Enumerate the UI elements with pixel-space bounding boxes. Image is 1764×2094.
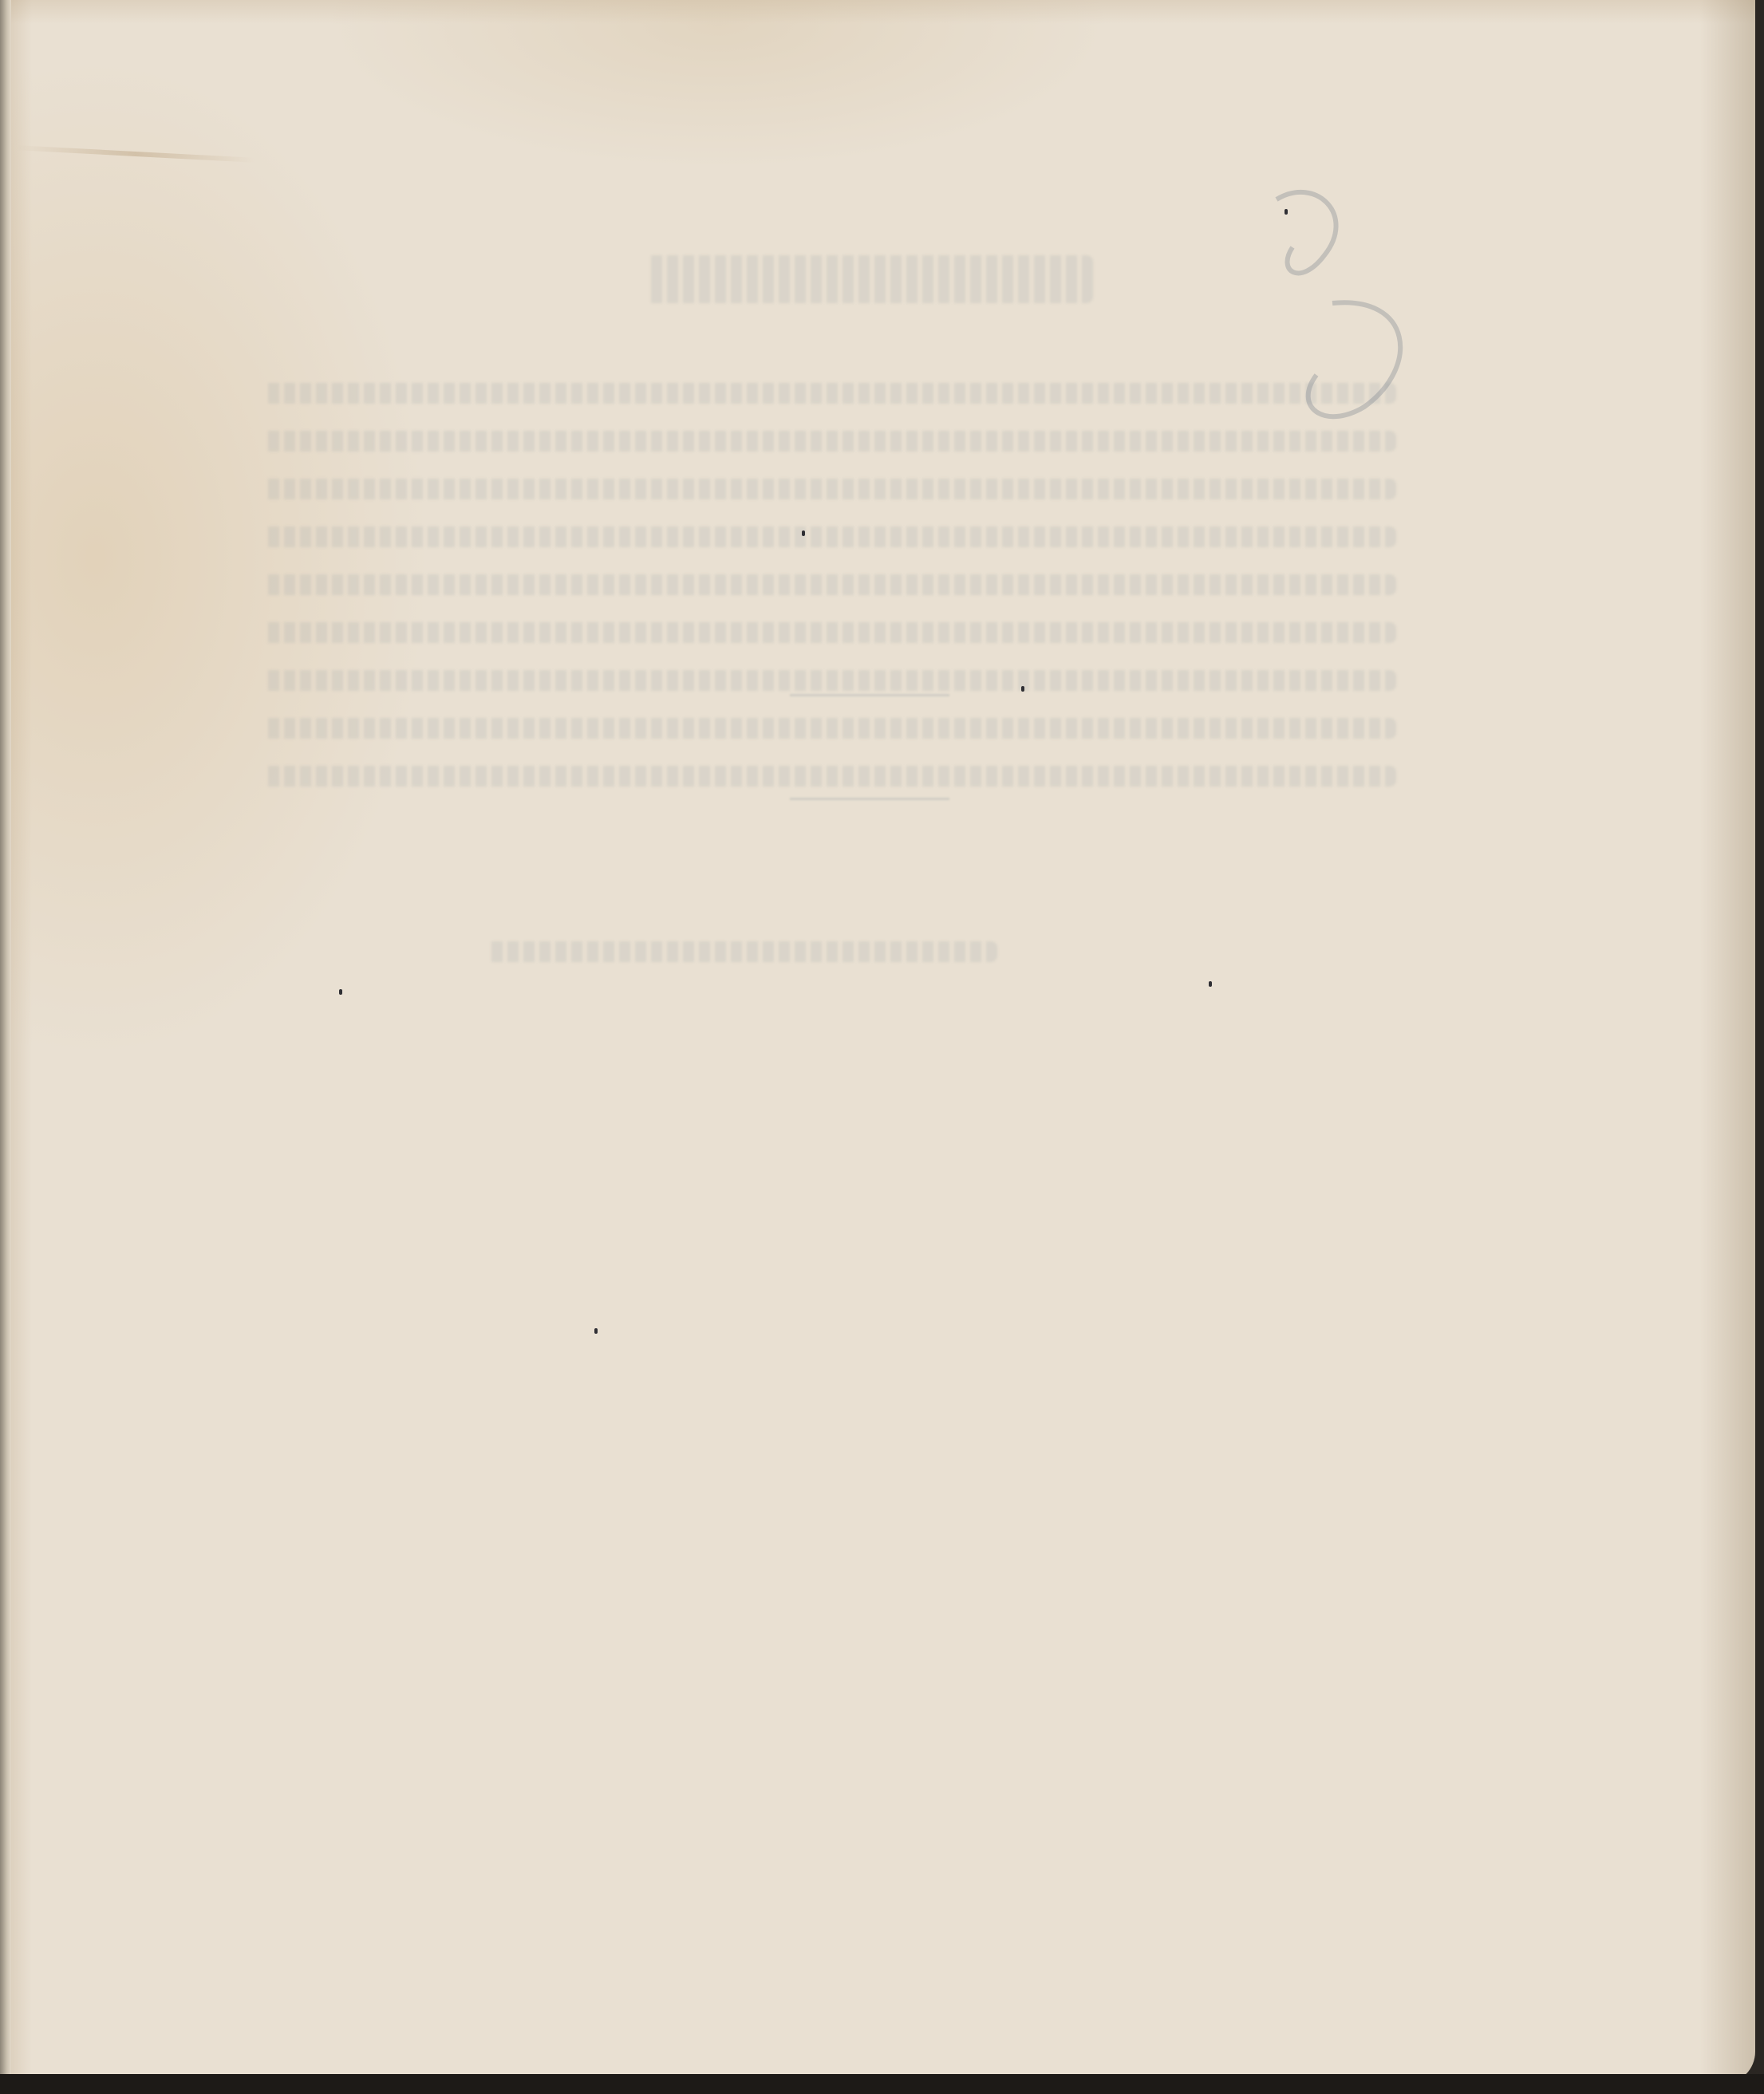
ink-fleck <box>1209 981 1212 987</box>
fold-crease <box>16 145 255 163</box>
bleed-line <box>263 670 1396 691</box>
bleed-line <box>263 479 1396 499</box>
book-page <box>0 0 1755 2084</box>
ink-fleck <box>802 530 805 536</box>
bleed-line <box>263 718 1396 739</box>
ink-fleck <box>1021 686 1024 692</box>
page-bottom-shadow <box>0 2074 1764 2094</box>
ink-fleck <box>594 1328 598 1334</box>
bleed-line <box>263 383 1396 404</box>
ink-fleck <box>339 989 342 995</box>
handwriting-flourish <box>1245 168 1436 455</box>
bleed-rule <box>790 798 949 800</box>
bleed-line <box>263 766 1396 787</box>
bleed-line <box>263 526 1396 547</box>
bleed-line <box>487 941 997 962</box>
bleed-heading <box>646 255 1093 303</box>
bleed-through-text <box>239 223 1396 1021</box>
bleed-rule <box>790 694 949 696</box>
binding-edge <box>0 0 11 2084</box>
bleed-line <box>263 431 1396 452</box>
ink-fleck <box>1285 209 1288 215</box>
bleed-line <box>263 574 1396 595</box>
bleed-line <box>263 622 1396 643</box>
